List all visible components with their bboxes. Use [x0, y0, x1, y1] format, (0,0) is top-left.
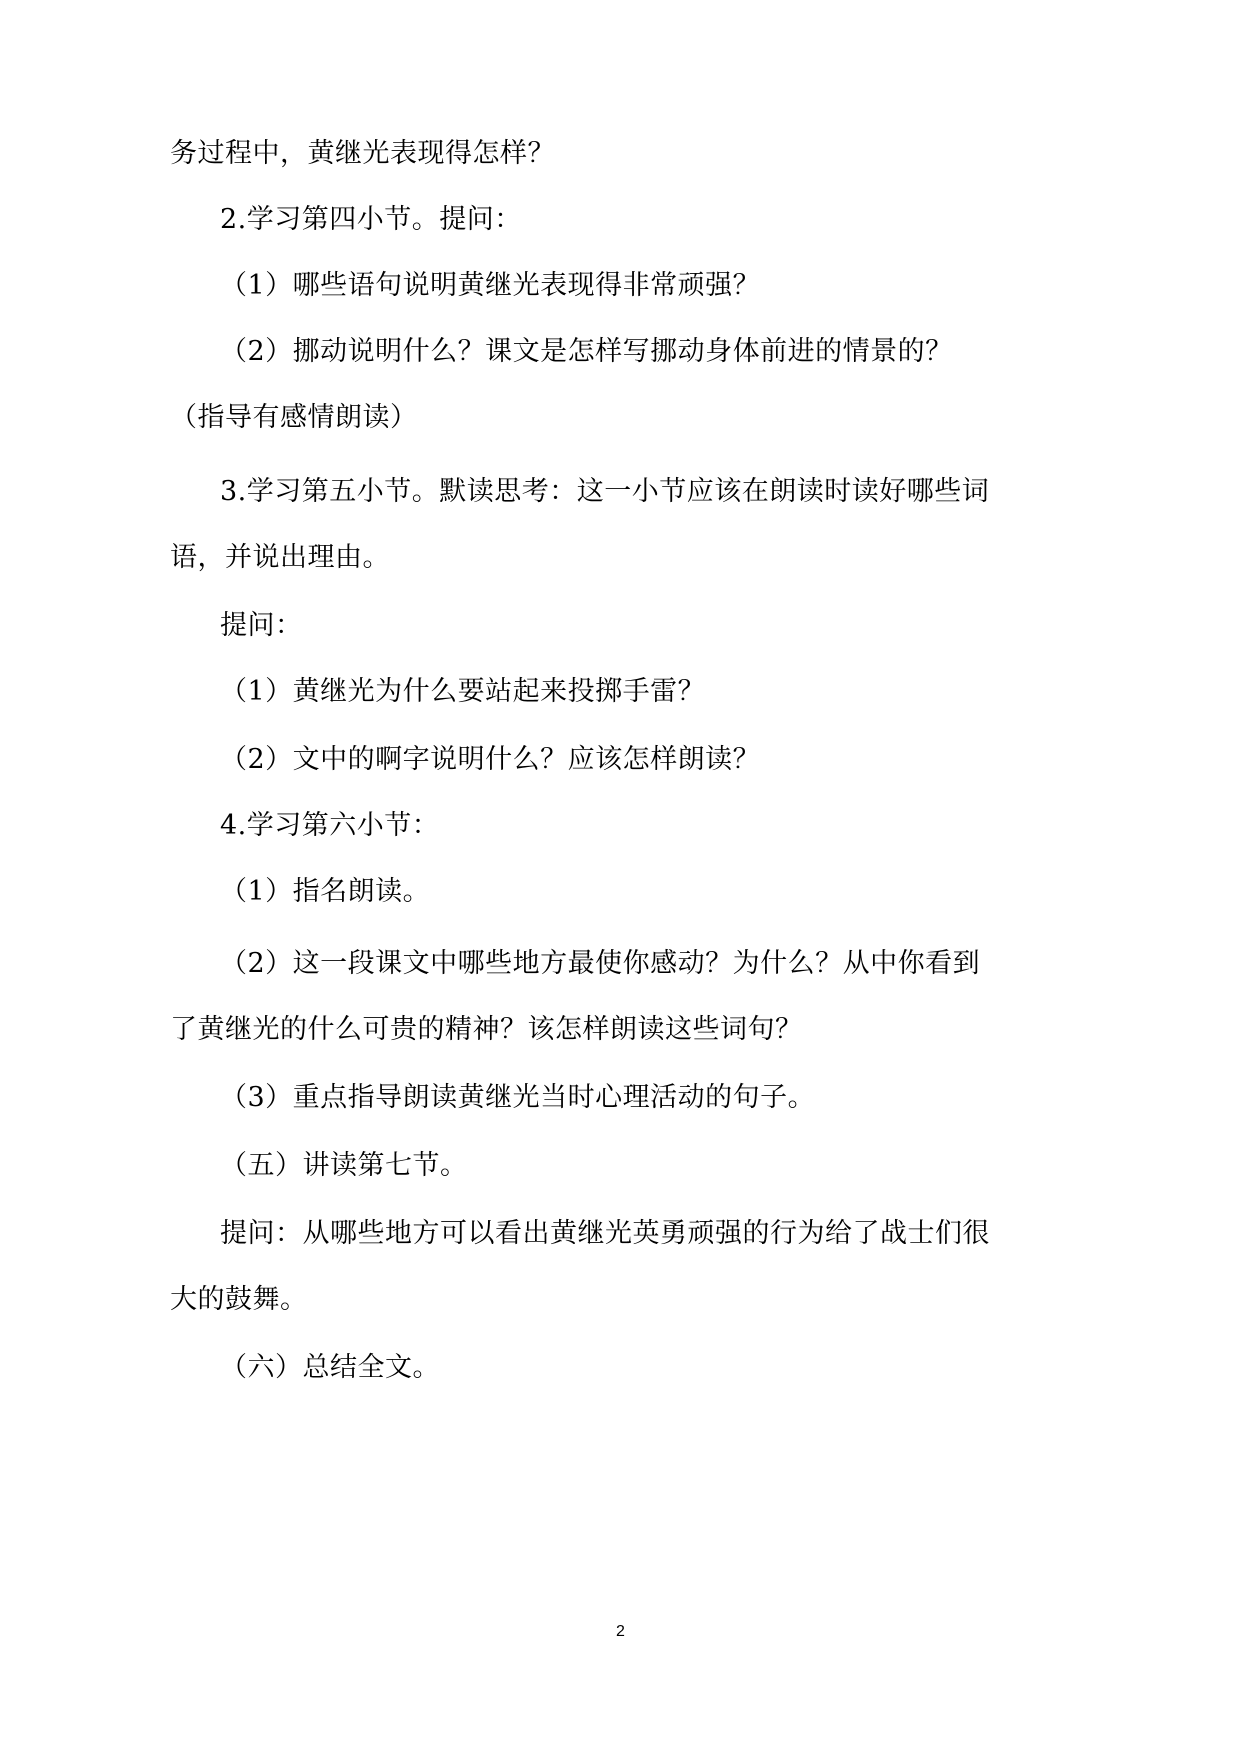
text-line: （2）文中的啊字说明什么？应该怎样朗读？	[220, 740, 760, 780]
text-line: 了黄继光的什么可贵的精神？该怎样朗读这些词句？	[170, 1010, 803, 1050]
text-line: （1）指名朗读。	[220, 872, 430, 912]
document-page: 务过程中，黄继光表现得怎样？ 2.学习第四小节。提问： （1）哪些语句说明黄继光…	[0, 0, 1241, 1754]
text-line: 大的鼓舞。	[170, 1280, 308, 1320]
text-line: 4.学习第六小节：	[220, 806, 439, 846]
text-line: 提问：从哪些地方可以看出黄继光英勇顽强的行为给了战士们很	[220, 1214, 990, 1254]
text-line: 3.学习第五小节。默读思考：这一小节应该在朗读时读好哪些词	[220, 472, 989, 512]
text-line: （指导有感情朗读）	[170, 398, 418, 438]
text-line: （六）总结全文。	[220, 1348, 440, 1388]
text-line: （2）挪动说明什么？课文是怎样写挪动身体前进的情景的？	[220, 332, 953, 372]
text-line: （2）这一段课文中哪些地方最使你感动？为什么？从中你看到	[220, 944, 980, 984]
text-line: （1）黄继光为什么要站起来投掷手雷？	[220, 672, 705, 712]
page-number: 2	[0, 1622, 1241, 1642]
text-line: 2.学习第四小节。提问：	[220, 200, 522, 240]
text-line: （五）讲读第七节。	[220, 1146, 468, 1186]
text-line: 语，并说出理由。	[170, 538, 390, 578]
text-line: （1）哪些语句说明黄继光表现得非常顽强？	[220, 266, 760, 306]
text-line: 提问：	[220, 606, 303, 646]
text-line: （3）重点指导朗读黄继光当时心理活动的句子。	[220, 1078, 815, 1118]
text-line: 务过程中，黄继光表现得怎样？	[170, 134, 555, 174]
